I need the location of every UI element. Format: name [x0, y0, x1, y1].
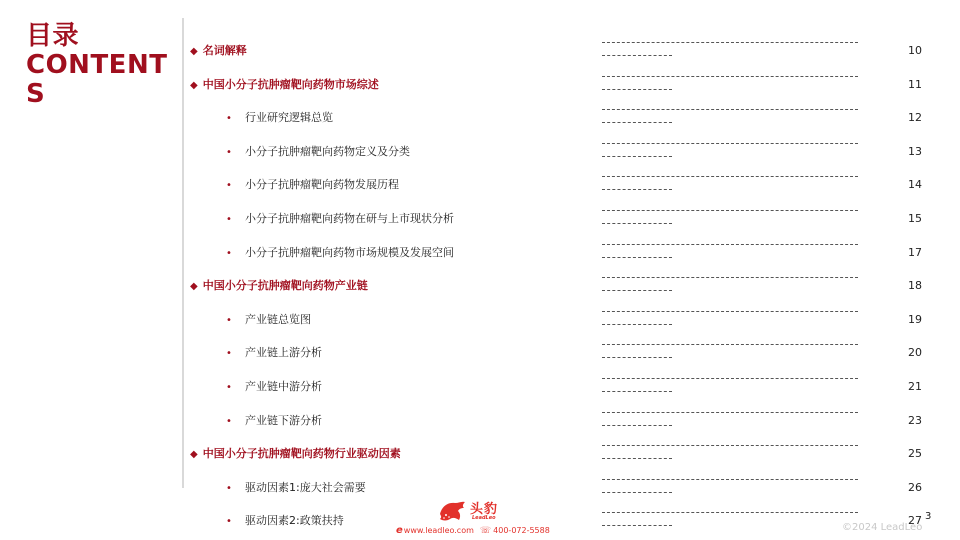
toc-page-number: 19	[900, 310, 930, 330]
footer-contact: ewww.leadleo.com☏400-072-5588	[396, 525, 550, 536]
toc-page-number: 11	[900, 75, 930, 95]
dotted-leader	[602, 72, 858, 92]
dotted-leader	[602, 240, 858, 260]
toc-entry-label[interactable]: •驱动因素2:政策扶持	[226, 511, 344, 531]
dotted-leader	[602, 206, 858, 226]
toc-entry-label[interactable]: ◆中国小分子抗肿瘤靶向药物行业驱动因素	[190, 444, 401, 464]
toc-subsection[interactable]: •小分子抗肿瘤靶向药物在研与上市现状分析15	[0, 209, 960, 243]
dot-bullet-icon: •	[226, 412, 240, 432]
toc-entry-text: 小分子抗肿瘤靶向药物市场规模及发展空间	[245, 246, 454, 259]
phone-number: 400-072-5588	[493, 526, 550, 535]
diamond-bullet-icon: ◆	[190, 76, 198, 96]
dot-bullet-icon: •	[226, 109, 240, 129]
toc-subsection[interactable]: •产业链下游分析23	[0, 411, 960, 445]
toc-page-number: 26	[900, 478, 930, 498]
dotted-leader	[602, 408, 858, 428]
toc-entry-text: 小分子抗肿瘤靶向药物在研与上市现状分析	[245, 212, 454, 225]
toc-entry-text: 小分子抗肿瘤靶向药物发展历程	[245, 178, 399, 191]
toc-entry-label[interactable]: •小分子抗肿瘤靶向药物在研与上市现状分析	[226, 209, 454, 229]
toc-entry-label[interactable]: •小分子抗肿瘤靶向药物发展历程	[226, 175, 399, 195]
toc-page-number: 15	[900, 209, 930, 229]
toc-entry-label[interactable]: •产业链下游分析	[226, 411, 322, 431]
toc-subsection[interactable]: •行业研究逻辑总览12	[0, 108, 960, 142]
toc-entry-text: 驱动因素2:政策扶持	[245, 514, 344, 527]
dot-bullet-icon: •	[226, 512, 240, 532]
dotted-leader	[602, 273, 858, 293]
dotted-leader	[602, 307, 858, 327]
toc-section[interactable]: ◆名词解释10	[0, 41, 960, 75]
toc-entry-label[interactable]: ◆名词解释	[190, 41, 247, 61]
web-icon: e	[396, 525, 403, 536]
toc-entry-label[interactable]: •行业研究逻辑总览	[226, 108, 333, 128]
toc-entry-text: 产业链总览图	[245, 313, 311, 326]
toc-page-number: 17	[900, 243, 930, 263]
toc-subsection[interactable]: •小分子抗肿瘤靶向药物发展历程14	[0, 175, 960, 209]
toc-entry-text: 产业链中游分析	[245, 380, 322, 393]
dotted-leader	[602, 508, 858, 528]
dotted-leader	[602, 374, 858, 394]
website-link[interactable]: www.leadleo.com	[404, 526, 474, 535]
phone-icon: ☏	[480, 526, 491, 536]
toc-subsection[interactable]: •产业链上游分析20	[0, 343, 960, 377]
toc-entry-label[interactable]: ◆中国小分子抗肿瘤靶向药物产业链	[190, 276, 368, 296]
logo-text-en: LeadLeo	[472, 515, 496, 521]
toc-entry-label[interactable]: •产业链中游分析	[226, 377, 322, 397]
dotted-leader	[602, 139, 858, 159]
dotted-leader	[602, 441, 858, 461]
table-of-contents: ◆名词解释10◆中国小分子抗肿瘤靶向药物市场综述11•行业研究逻辑总览12•小分…	[0, 0, 960, 540]
dotted-leader	[602, 105, 858, 125]
toc-page-number: 25	[900, 444, 930, 464]
toc-entry-text: 中国小分子抗肿瘤靶向药物市场综述	[203, 78, 379, 91]
toc-entry-label[interactable]: •小分子抗肿瘤靶向药物定义及分类	[226, 142, 410, 162]
toc-entry-text: 产业链下游分析	[245, 414, 322, 427]
copyright-notice: ©2024 LeadLeo	[842, 522, 922, 533]
dotted-leader	[602, 475, 858, 495]
toc-entry-label[interactable]: ◆中国小分子抗肿瘤靶向药物市场综述	[190, 75, 379, 95]
dot-bullet-icon: •	[226, 210, 240, 230]
toc-page-number: 23	[900, 411, 930, 431]
diamond-bullet-icon: ◆	[190, 445, 198, 465]
dotted-leader	[602, 172, 858, 192]
toc-entry-label[interactable]: •产业链上游分析	[226, 343, 322, 363]
toc-section[interactable]: ◆中国小分子抗肿瘤靶向药物行业驱动因素25	[0, 444, 960, 478]
dot-bullet-icon: •	[226, 311, 240, 331]
slide-number: 3	[925, 511, 931, 522]
toc-page-number: 13	[900, 142, 930, 162]
diamond-bullet-icon: ◆	[190, 42, 198, 62]
dot-bullet-icon: •	[226, 176, 240, 196]
toc-page-number: 18	[900, 276, 930, 296]
toc-section[interactable]: ◆中国小分子抗肿瘤靶向药物产业链18	[0, 276, 960, 310]
leopard-logo-icon	[438, 500, 466, 522]
toc-entry-text: 产业链上游分析	[245, 346, 322, 359]
toc-entry-label[interactable]: •驱动因素1:庞大社会需要	[226, 478, 366, 498]
dot-bullet-icon: •	[226, 378, 240, 398]
dotted-leader	[602, 340, 858, 360]
toc-entry-text: 名词解释	[203, 44, 247, 57]
toc-page-number: 20	[900, 343, 930, 363]
toc-entry-text: 中国小分子抗肿瘤靶向药物产业链	[203, 279, 368, 292]
dot-bullet-icon: •	[226, 244, 240, 264]
toc-entry-text: 行业研究逻辑总览	[245, 111, 333, 124]
toc-subsection[interactable]: •产业链中游分析21	[0, 377, 960, 411]
toc-entry-label[interactable]: •小分子抗肿瘤靶向药物市场规模及发展空间	[226, 243, 454, 263]
toc-entry-text: 驱动因素1:庞大社会需要	[245, 481, 366, 494]
toc-entry-text: 中国小分子抗肿瘤靶向药物行业驱动因素	[203, 447, 401, 460]
toc-subsection[interactable]: •产业链总览图19	[0, 310, 960, 344]
dot-bullet-icon: •	[226, 344, 240, 364]
dot-bullet-icon: •	[226, 143, 240, 163]
footer-branding: 头豹 LeadLeo ewww.leadleo.com☏400-072-5588	[396, 498, 566, 538]
diamond-bullet-icon: ◆	[190, 277, 198, 297]
dot-bullet-icon: •	[226, 479, 240, 499]
toc-page-number: 12	[900, 108, 930, 128]
toc-entry-label[interactable]: •产业链总览图	[226, 310, 311, 330]
toc-entry-text: 小分子抗肿瘤靶向药物定义及分类	[245, 145, 410, 158]
toc-subsection[interactable]: •小分子抗肿瘤靶向药物定义及分类13	[0, 142, 960, 176]
dotted-leader	[602, 38, 858, 58]
toc-page-number: 14	[900, 175, 930, 195]
toc-section[interactable]: ◆中国小分子抗肿瘤靶向药物市场综述11	[0, 75, 960, 109]
toc-subsection[interactable]: •小分子抗肿瘤靶向药物市场规模及发展空间17	[0, 243, 960, 277]
toc-page-number: 10	[900, 41, 930, 61]
toc-page-number: 21	[900, 377, 930, 397]
